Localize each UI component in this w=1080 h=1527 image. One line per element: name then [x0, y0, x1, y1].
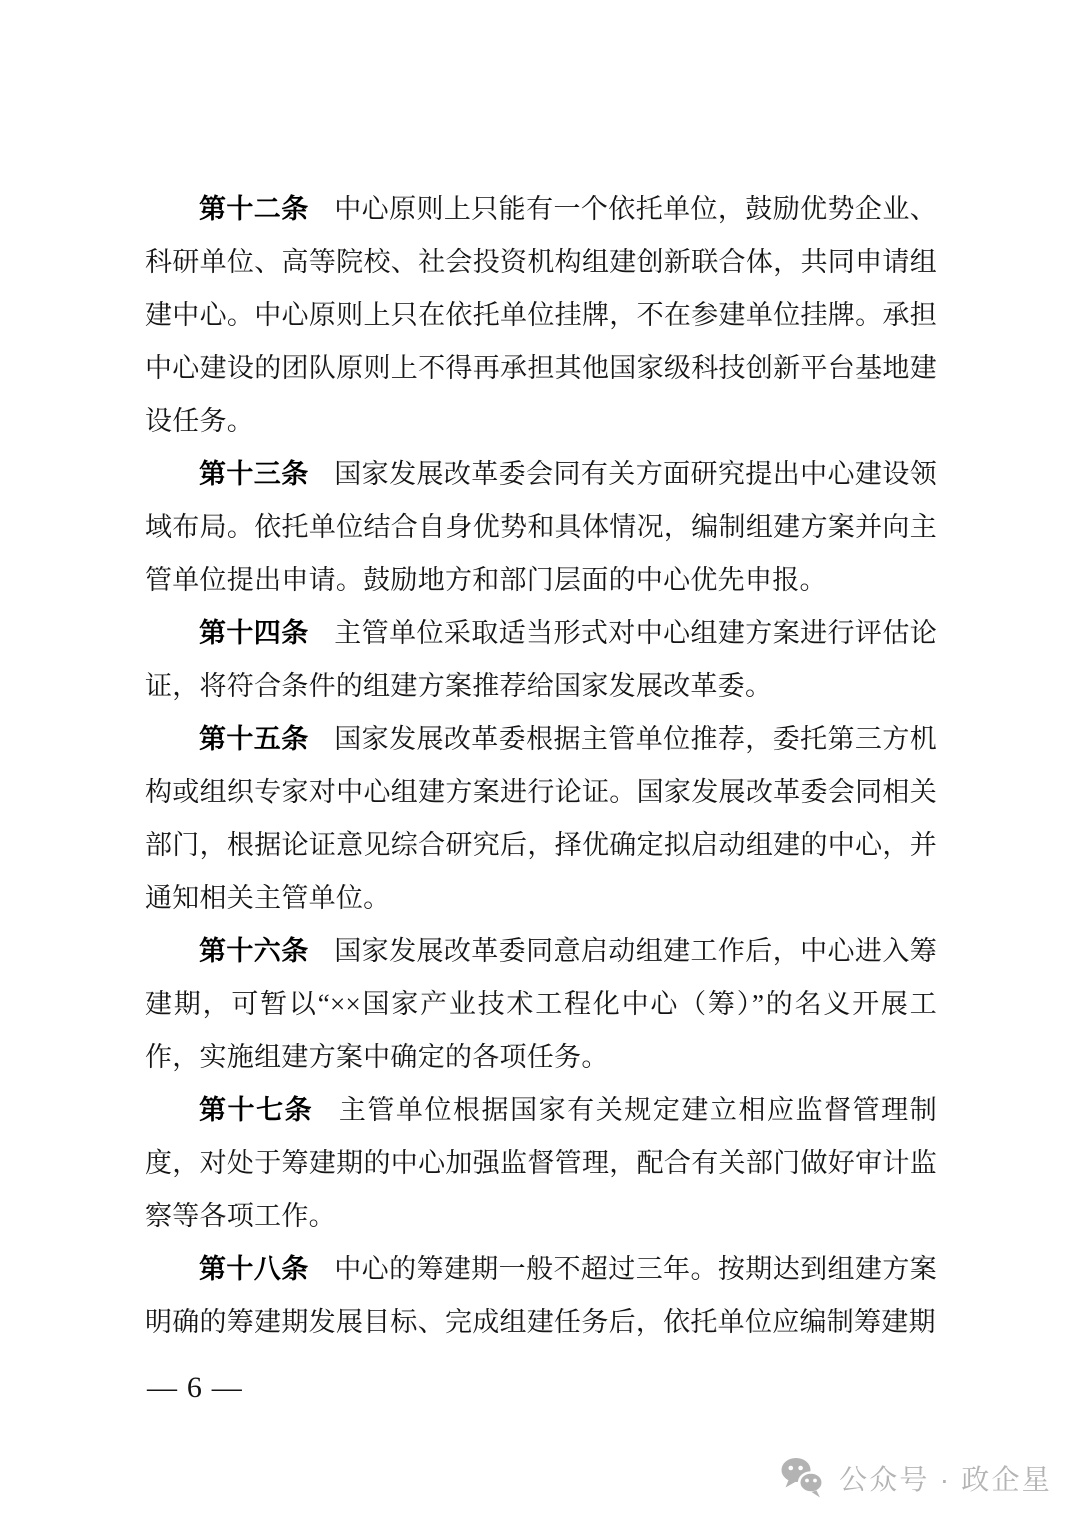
article-number: 第十八条: [199, 1254, 309, 1284]
article-paragraph: 第十八条中心的筹建期一般不超过三年。按期达到组建方案明确的筹建期发展目标、完成组…: [145, 1243, 937, 1349]
wechat-icon: [780, 1457, 826, 1499]
watermark: 公众号 · 政企星: [780, 1457, 1052, 1499]
watermark-label: 公众号 · 政企星: [839, 1458, 1052, 1498]
article-paragraph: 第十五条国家发展改革委根据主管单位推荐，委托第三方机构或组织专家对中心组建方案进…: [145, 713, 937, 925]
article-number: 第十五条: [199, 724, 309, 754]
article-paragraph: 第十七条主管单位根据国家有关规定建立相应监督管理制度，对处于筹建期的中心加强监督…: [145, 1084, 937, 1243]
article-paragraph: 第十三条国家发展改革委会同有关方面研究提出中心建设领域布局。依托单位结合自身优势…: [145, 448, 937, 607]
article-list: 第十二条中心原则上只能有一个依托单位，鼓励优势企业、科研单位、高等院校、社会投资…: [145, 183, 937, 1349]
article-number: 第十七条: [199, 1095, 313, 1125]
article-paragraph: 第十二条中心原则上只能有一个依托单位，鼓励优势企业、科研单位、高等院校、社会投资…: [145, 183, 937, 448]
article-number: 第十三条: [199, 459, 309, 489]
document-page: 第十二条中心原则上只能有一个依托单位，鼓励优势企业、科研单位、高等院校、社会投资…: [0, 0, 1080, 1527]
article-text: 中心原则上只能有一个依托单位，鼓励优势企业、科研单位、高等院校、社会投资机构组建…: [145, 194, 937, 436]
article-number: 第十二条: [199, 194, 309, 224]
article-paragraph: 第十四条主管单位采取适当形式对中心组建方案进行评估论证，将符合条件的组建方案推荐…: [145, 607, 937, 713]
page-number: — 6 —: [147, 1371, 243, 1405]
article-number: 第十四条: [199, 618, 309, 648]
article-paragraph: 第十六条国家发展改革委同意启动组建工作后，中心进入筹建期，可暂以“××国家产业技…: [145, 925, 937, 1084]
article-number: 第十六条: [199, 936, 309, 966]
